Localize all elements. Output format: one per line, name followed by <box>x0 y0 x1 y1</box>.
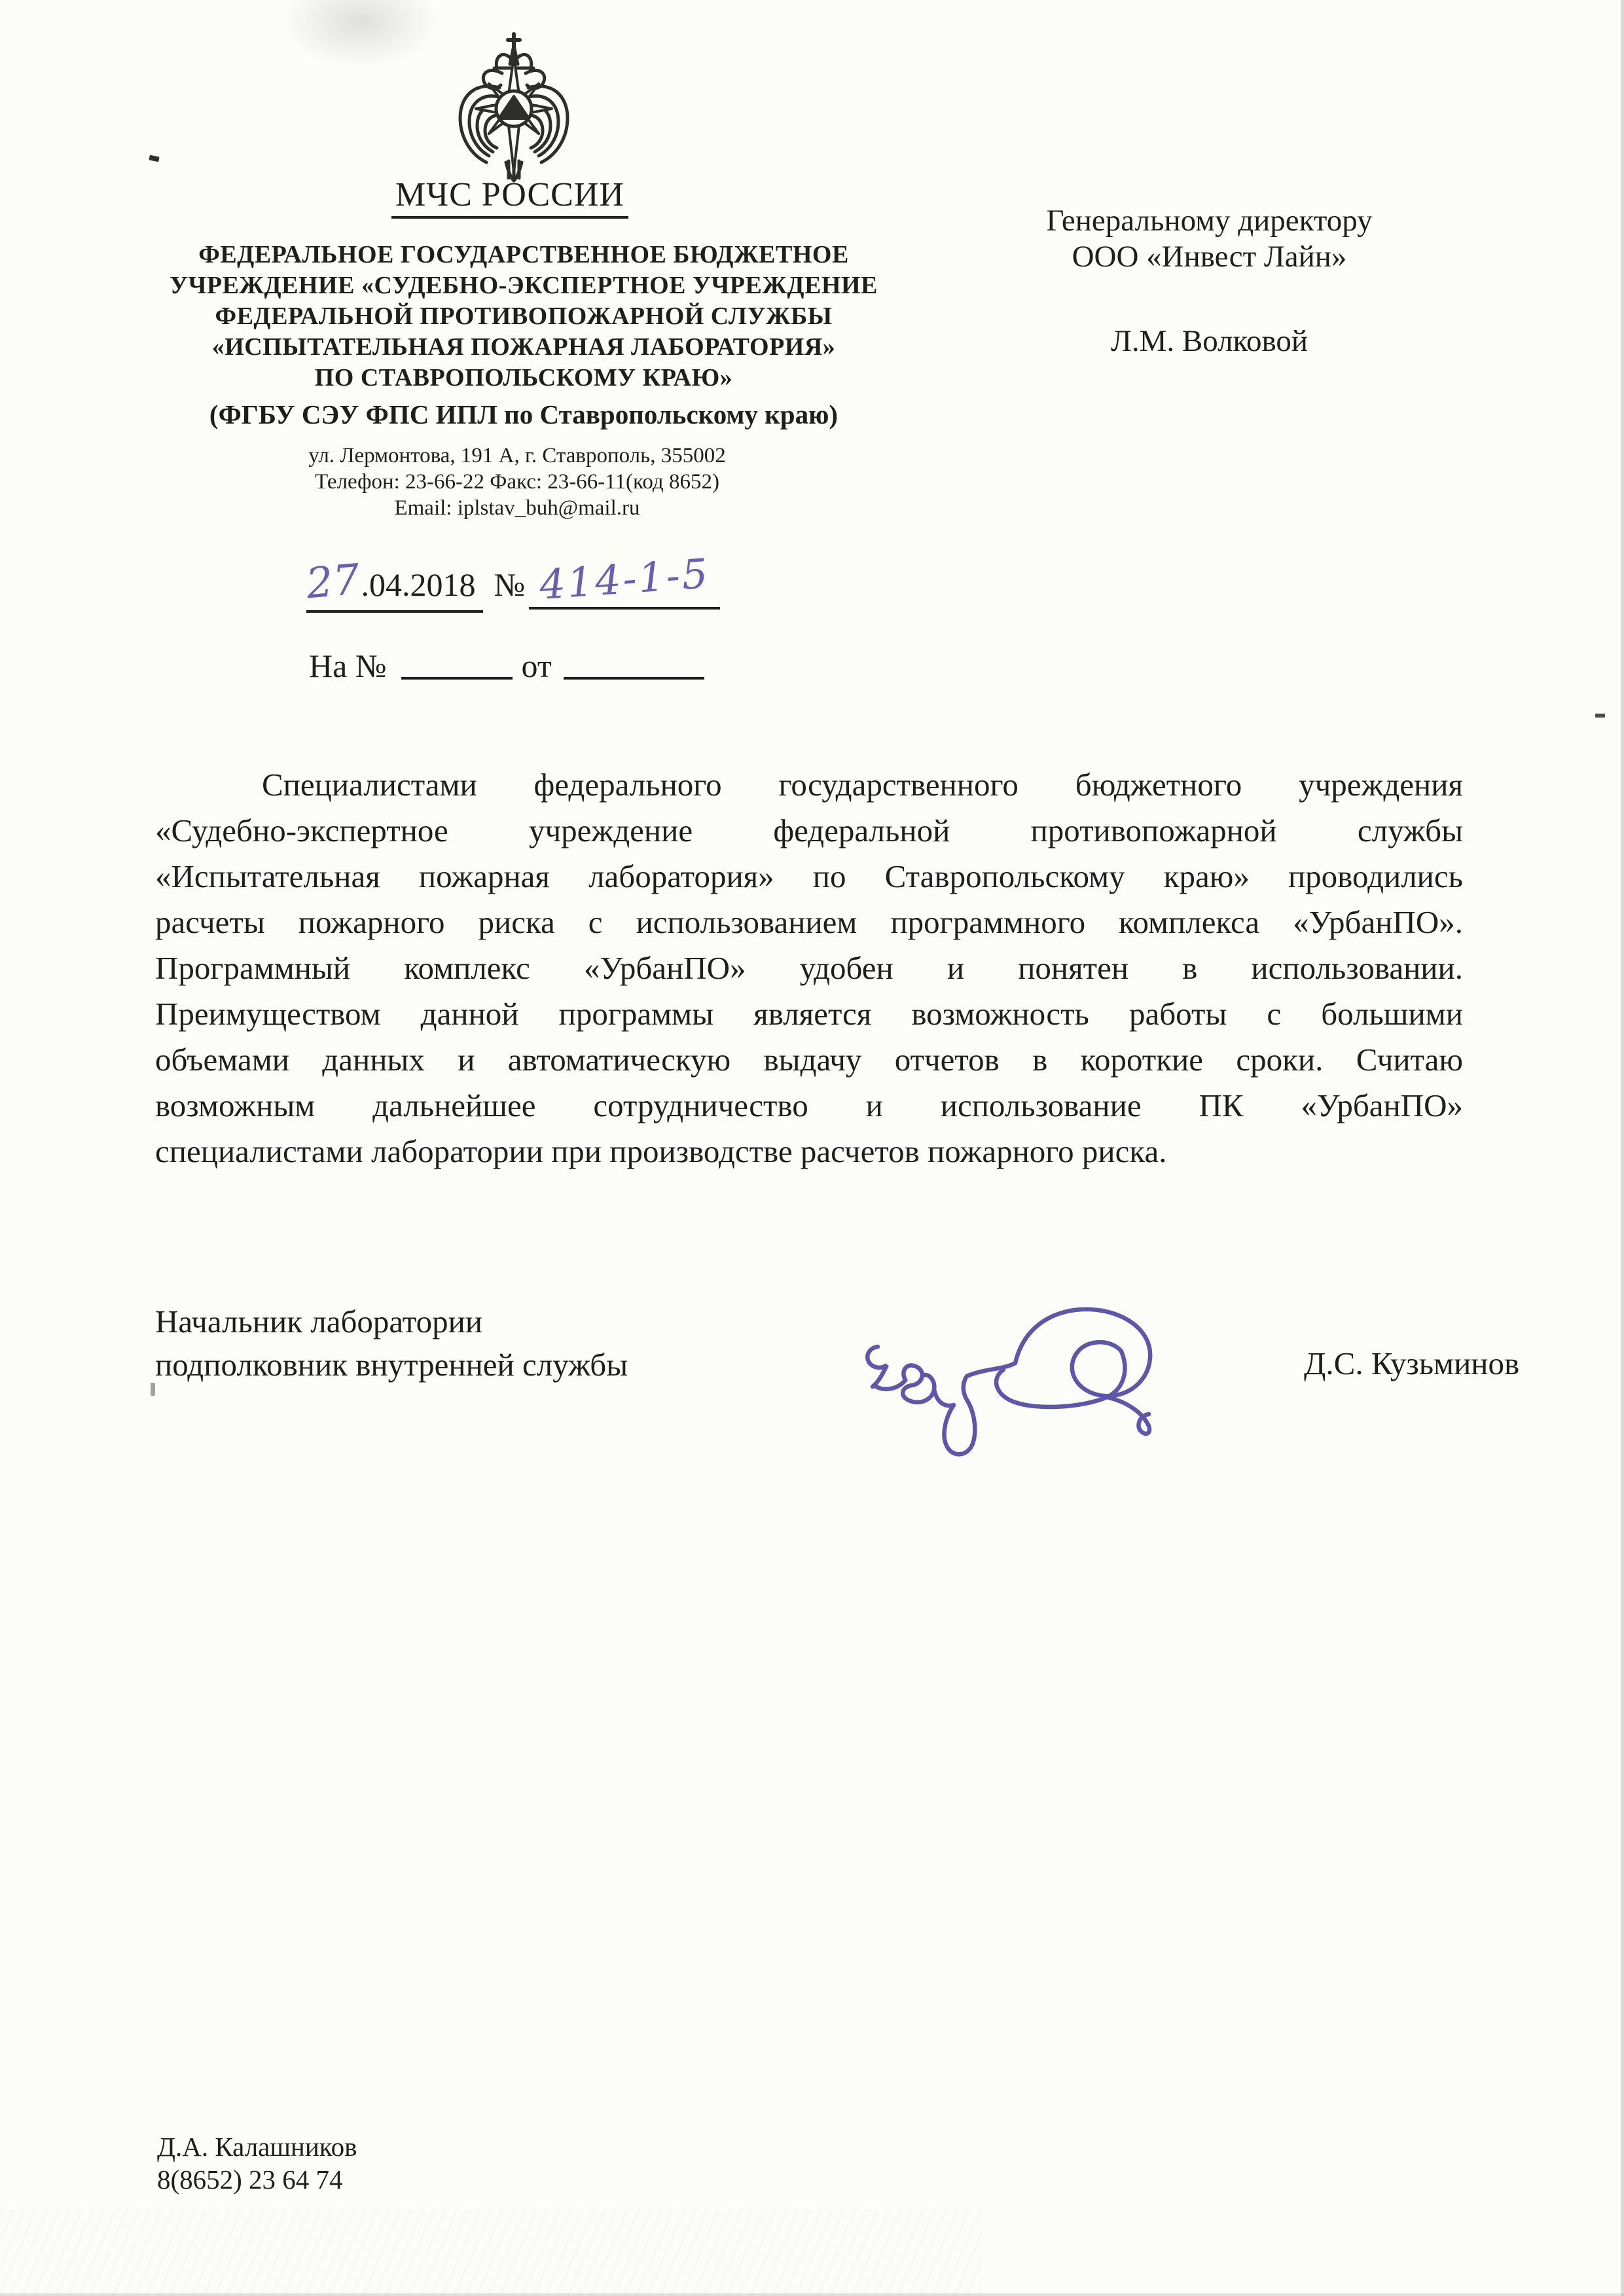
body-line: Преимуществом данной программы является … <box>155 991 1463 1037</box>
outgoing-number-handwritten: 414-1-5 <box>538 549 712 609</box>
body-line: возможным дальнейшее сотрудничество и ис… <box>155 1083 1463 1129</box>
org-address: ул. Лермонтова, 191 А, г. Ставрополь, 35… <box>190 443 844 521</box>
signatory-position-line1: Начальник лаборатории <box>155 1300 628 1343</box>
org-name-line: УЧРЕЖДЕНИЕ «СУДЕБНО-ЭКСПЕРТНОЕ УЧРЕЖДЕНИ… <box>147 270 900 301</box>
address-street: ул. Лермонтова, 191 А, г. Ставрополь, 35… <box>190 443 844 469</box>
scan-edge-bottom <box>0 2293 1624 2296</box>
scanned-letter-page: МЧС РОССИИ ФЕДЕРАЛЬНОЕ ГОСУДАРСТВЕННОЕ Б… <box>0 0 1624 2296</box>
number-sign: № <box>494 566 525 603</box>
org-name-line: ПО СТАВРОПОЛЬСКОМУ КРАЮ» <box>147 363 900 393</box>
signatory-position: Начальник лаборатории подполковник внутр… <box>155 1300 628 1387</box>
scan-edge-right <box>1621 0 1624 2296</box>
address-email: Email: iplstav_buh@mail.ru <box>190 495 844 521</box>
body-line: объемами данных и автоматическую выдачу … <box>155 1037 1463 1083</box>
scan-speck <box>151 1383 155 1396</box>
scan-speck <box>1595 714 1605 718</box>
scan-smudge-top <box>275 0 445 72</box>
body-line: расчеты пожарного риска с использованием… <box>155 900 1463 945</box>
executor-phone: 8(8652) 23 64 74 <box>157 2163 357 2196</box>
ministry-title-text: МЧС РОССИИ <box>391 175 628 219</box>
reply-reference-line: На №от <box>309 647 704 685</box>
body-line: «Судебно-экспертное учреждение федеральн… <box>155 808 1463 854</box>
body-line: «Испытательная пожарная лаборатория» по … <box>155 854 1463 900</box>
mchs-emblem-icon <box>447 30 581 185</box>
signatory-name: Д.С. Кузьминов <box>1304 1345 1519 1382</box>
recipient-block: Генеральному директору ООО «Инвест Лайн»… <box>998 203 1420 359</box>
org-name-line: «ИСПЫТАТЕЛЬНАЯ ПОЖАРНАЯ ЛАБОРАТОРИЯ» <box>147 332 900 363</box>
scan-speck <box>149 155 159 162</box>
org-name-line: ФЕДЕРАЛЬНОЕ ГОСУДАРСТВЕННОЕ БЮДЖЕТНОЕ <box>147 240 900 270</box>
letter-body: Специалистами федерального государственн… <box>155 762 1463 1175</box>
reply-from-label: от <box>522 647 552 684</box>
recipient-position: Генеральному директору <box>998 203 1420 239</box>
number-underline: 414-1-5 <box>529 558 720 610</box>
body-line: Программный комплекс «УрбанПО» удобен и … <box>155 945 1463 991</box>
outgoing-reference-line: 27.04.2018№414-1-5 <box>306 558 720 613</box>
organization-name: ФЕДЕРАЛЬНОЕ ГОСУДАРСТВЕННОЕ БЮДЖЕТНОЕ УЧ… <box>147 240 900 430</box>
recipient-name: Л.М. Волковой <box>998 323 1420 359</box>
body-line: Специалистами федерального государственн… <box>155 762 1463 808</box>
signatory-position-line2: подполковник внутренней службы <box>155 1343 628 1387</box>
address-phone-fax: Телефон: 23-66-22 Факс: 23-66-11(код 865… <box>190 469 844 495</box>
reply-prefix: На № <box>309 647 387 684</box>
scan-smudge-bottom <box>0 2210 982 2296</box>
executor-block: Д.А. Калашников 8(8652) 23 64 74 <box>157 2130 357 2196</box>
handwritten-signature <box>821 1245 1247 1507</box>
body-line: специалистами лаборатории при производст… <box>155 1129 1463 1175</box>
reply-number-blank <box>401 677 513 680</box>
reply-date-blank <box>564 677 704 680</box>
date-printed: .04.2018 <box>361 566 475 603</box>
executor-name: Д.А. Калашников <box>157 2130 357 2163</box>
org-name-line: ФЕДЕРАЛЬНОЙ ПРОТИВОПОЖАРНОЙ СЛУЖБЫ <box>147 301 900 332</box>
recipient-company: ООО «Инвест Лайн» <box>998 239 1420 275</box>
date-day-handwritten: 27 <box>304 556 362 609</box>
ministry-title: МЧС РОССИИ <box>314 175 706 219</box>
date-underline: 27.04.2018 <box>306 558 483 613</box>
org-short-name: (ФГБУ СЭУ ФПС ИПЛ по Ставропольскому кра… <box>147 399 900 430</box>
